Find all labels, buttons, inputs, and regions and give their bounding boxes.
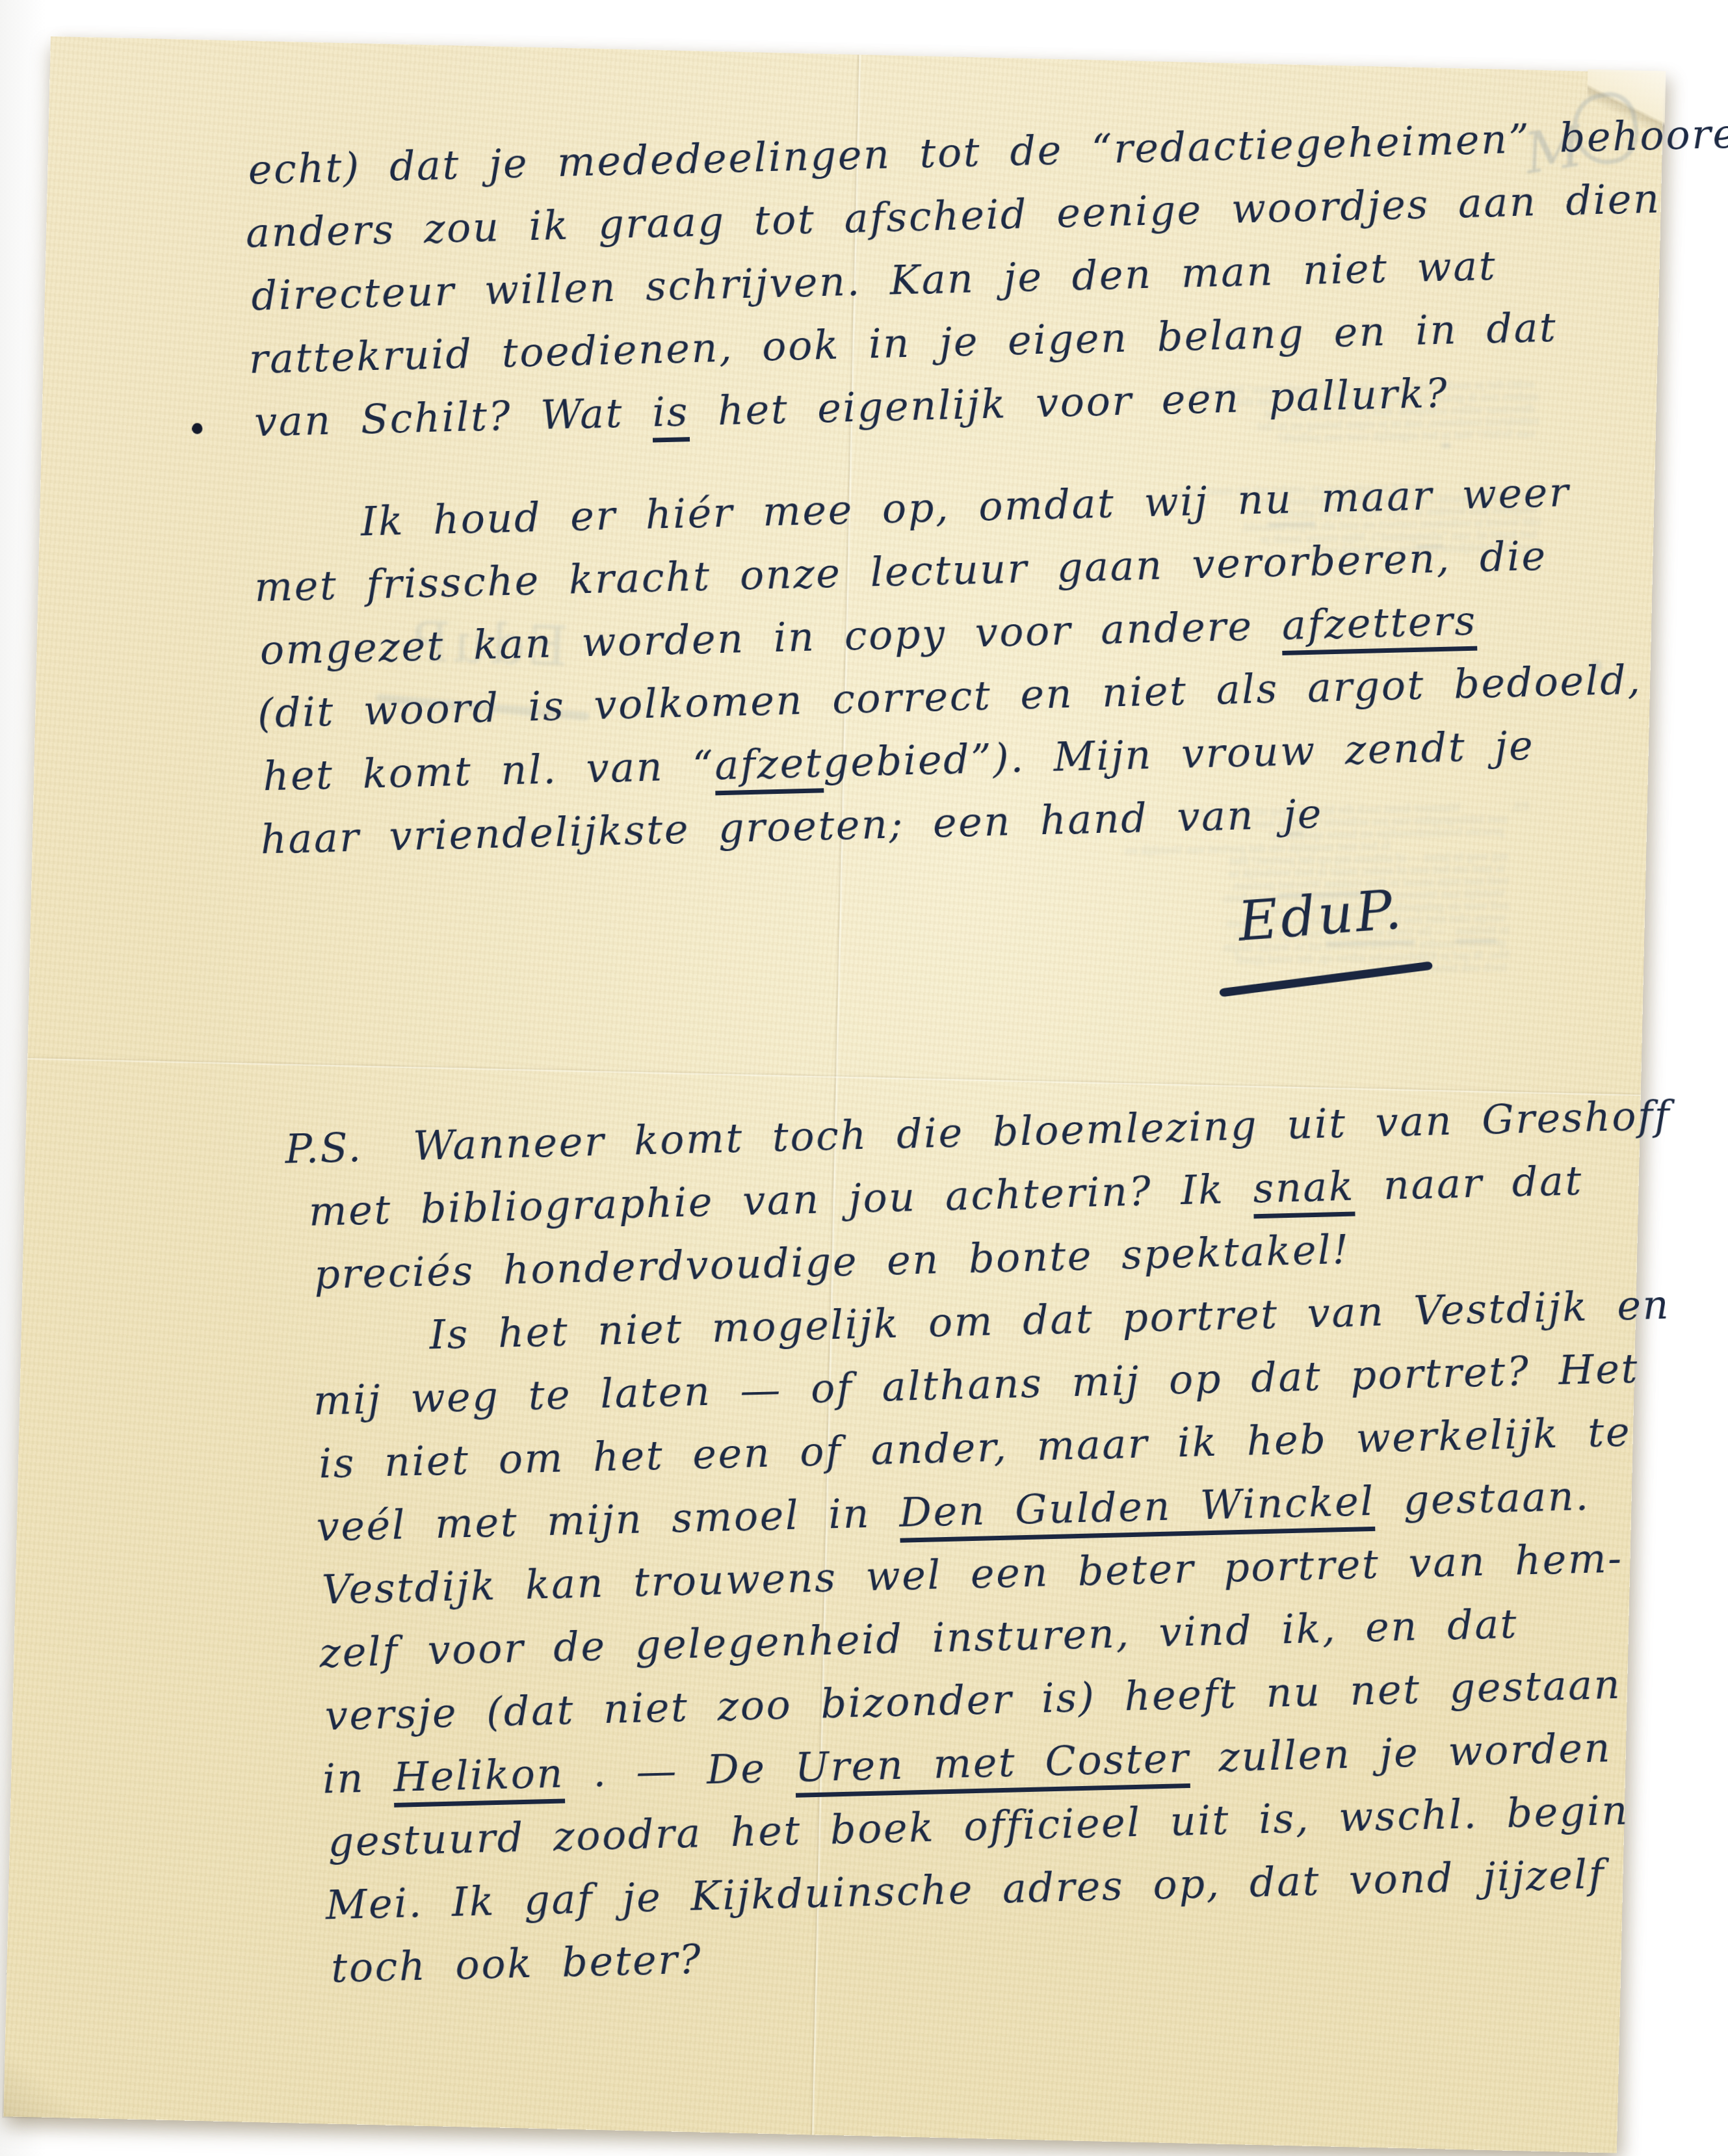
letter-paper: M echt) dat je mededeelingen tot de “red… — [3, 36, 1664, 2153]
postscript-label: P.S. — [284, 1116, 363, 1181]
text-segment: zullen je worden — [1189, 1724, 1612, 1781]
paragraph-1: echt) dat je mededeelingen tot de “redac… — [244, 103, 1675, 453]
underlined-word: afzetters — [1281, 597, 1478, 655]
postscript-block: P.S.Wanneer komt toch die bloemlezing ui… — [306, 1083, 1712, 2000]
margin-dot — [192, 423, 202, 434]
signature: EduP. — [1236, 878, 1406, 953]
bottom-left-corner-shade — [2, 2040, 108, 2120]
text-segment: . — De — [564, 1744, 796, 1797]
text-segment: het eigenlijk voor een pallurk? — [688, 369, 1449, 436]
underlined-word: is — [651, 388, 690, 442]
underlined-word: Uren met Coster — [794, 1734, 1191, 1798]
paragraph-2: Ik houd er hiér mee op, omdat wij nu maa… — [252, 458, 1685, 871]
underlined-word: snak — [1253, 1162, 1355, 1218]
text-segment: naar dat — [1354, 1157, 1584, 1210]
text-segment: gebied”). Mijn vrouw zendt je — [822, 722, 1535, 787]
scanned-letter-page: { "letter": { "language": "Dutch", "colo… — [0, 0, 1728, 2156]
text-segment: toch ook beter? — [330, 1935, 703, 1992]
text-segment: veél met mijn smoel in — [316, 1489, 900, 1551]
text-segment: gestaan. — [1374, 1472, 1591, 1525]
text-segment: van Schilt? Wat — [254, 389, 653, 446]
text-segment: het komt nl. van “ — [263, 741, 716, 800]
letter-body: echt) dat je mededeelingen tot de “redac… — [244, 103, 1712, 2001]
postscript-paragraph-2: Is het niet mogelijk om dat portret van … — [311, 1272, 1712, 2000]
postscript-paragraph-1: P.S.Wanneer komt toch die bloemlezing ui… — [306, 1083, 1695, 1306]
underlined-word: Den Gulden Winckel — [898, 1477, 1375, 1543]
underlined-word: Helikon — [393, 1749, 565, 1807]
signature-underline — [1219, 961, 1433, 997]
underlined-word: afzet — [714, 739, 824, 795]
letter-main-paragraphs: echt) dat je mededeelingen tot de “redac… — [244, 103, 1685, 871]
signature-block: EduP. — [262, 869, 1689, 1053]
text-segment: in — [322, 1754, 394, 1803]
